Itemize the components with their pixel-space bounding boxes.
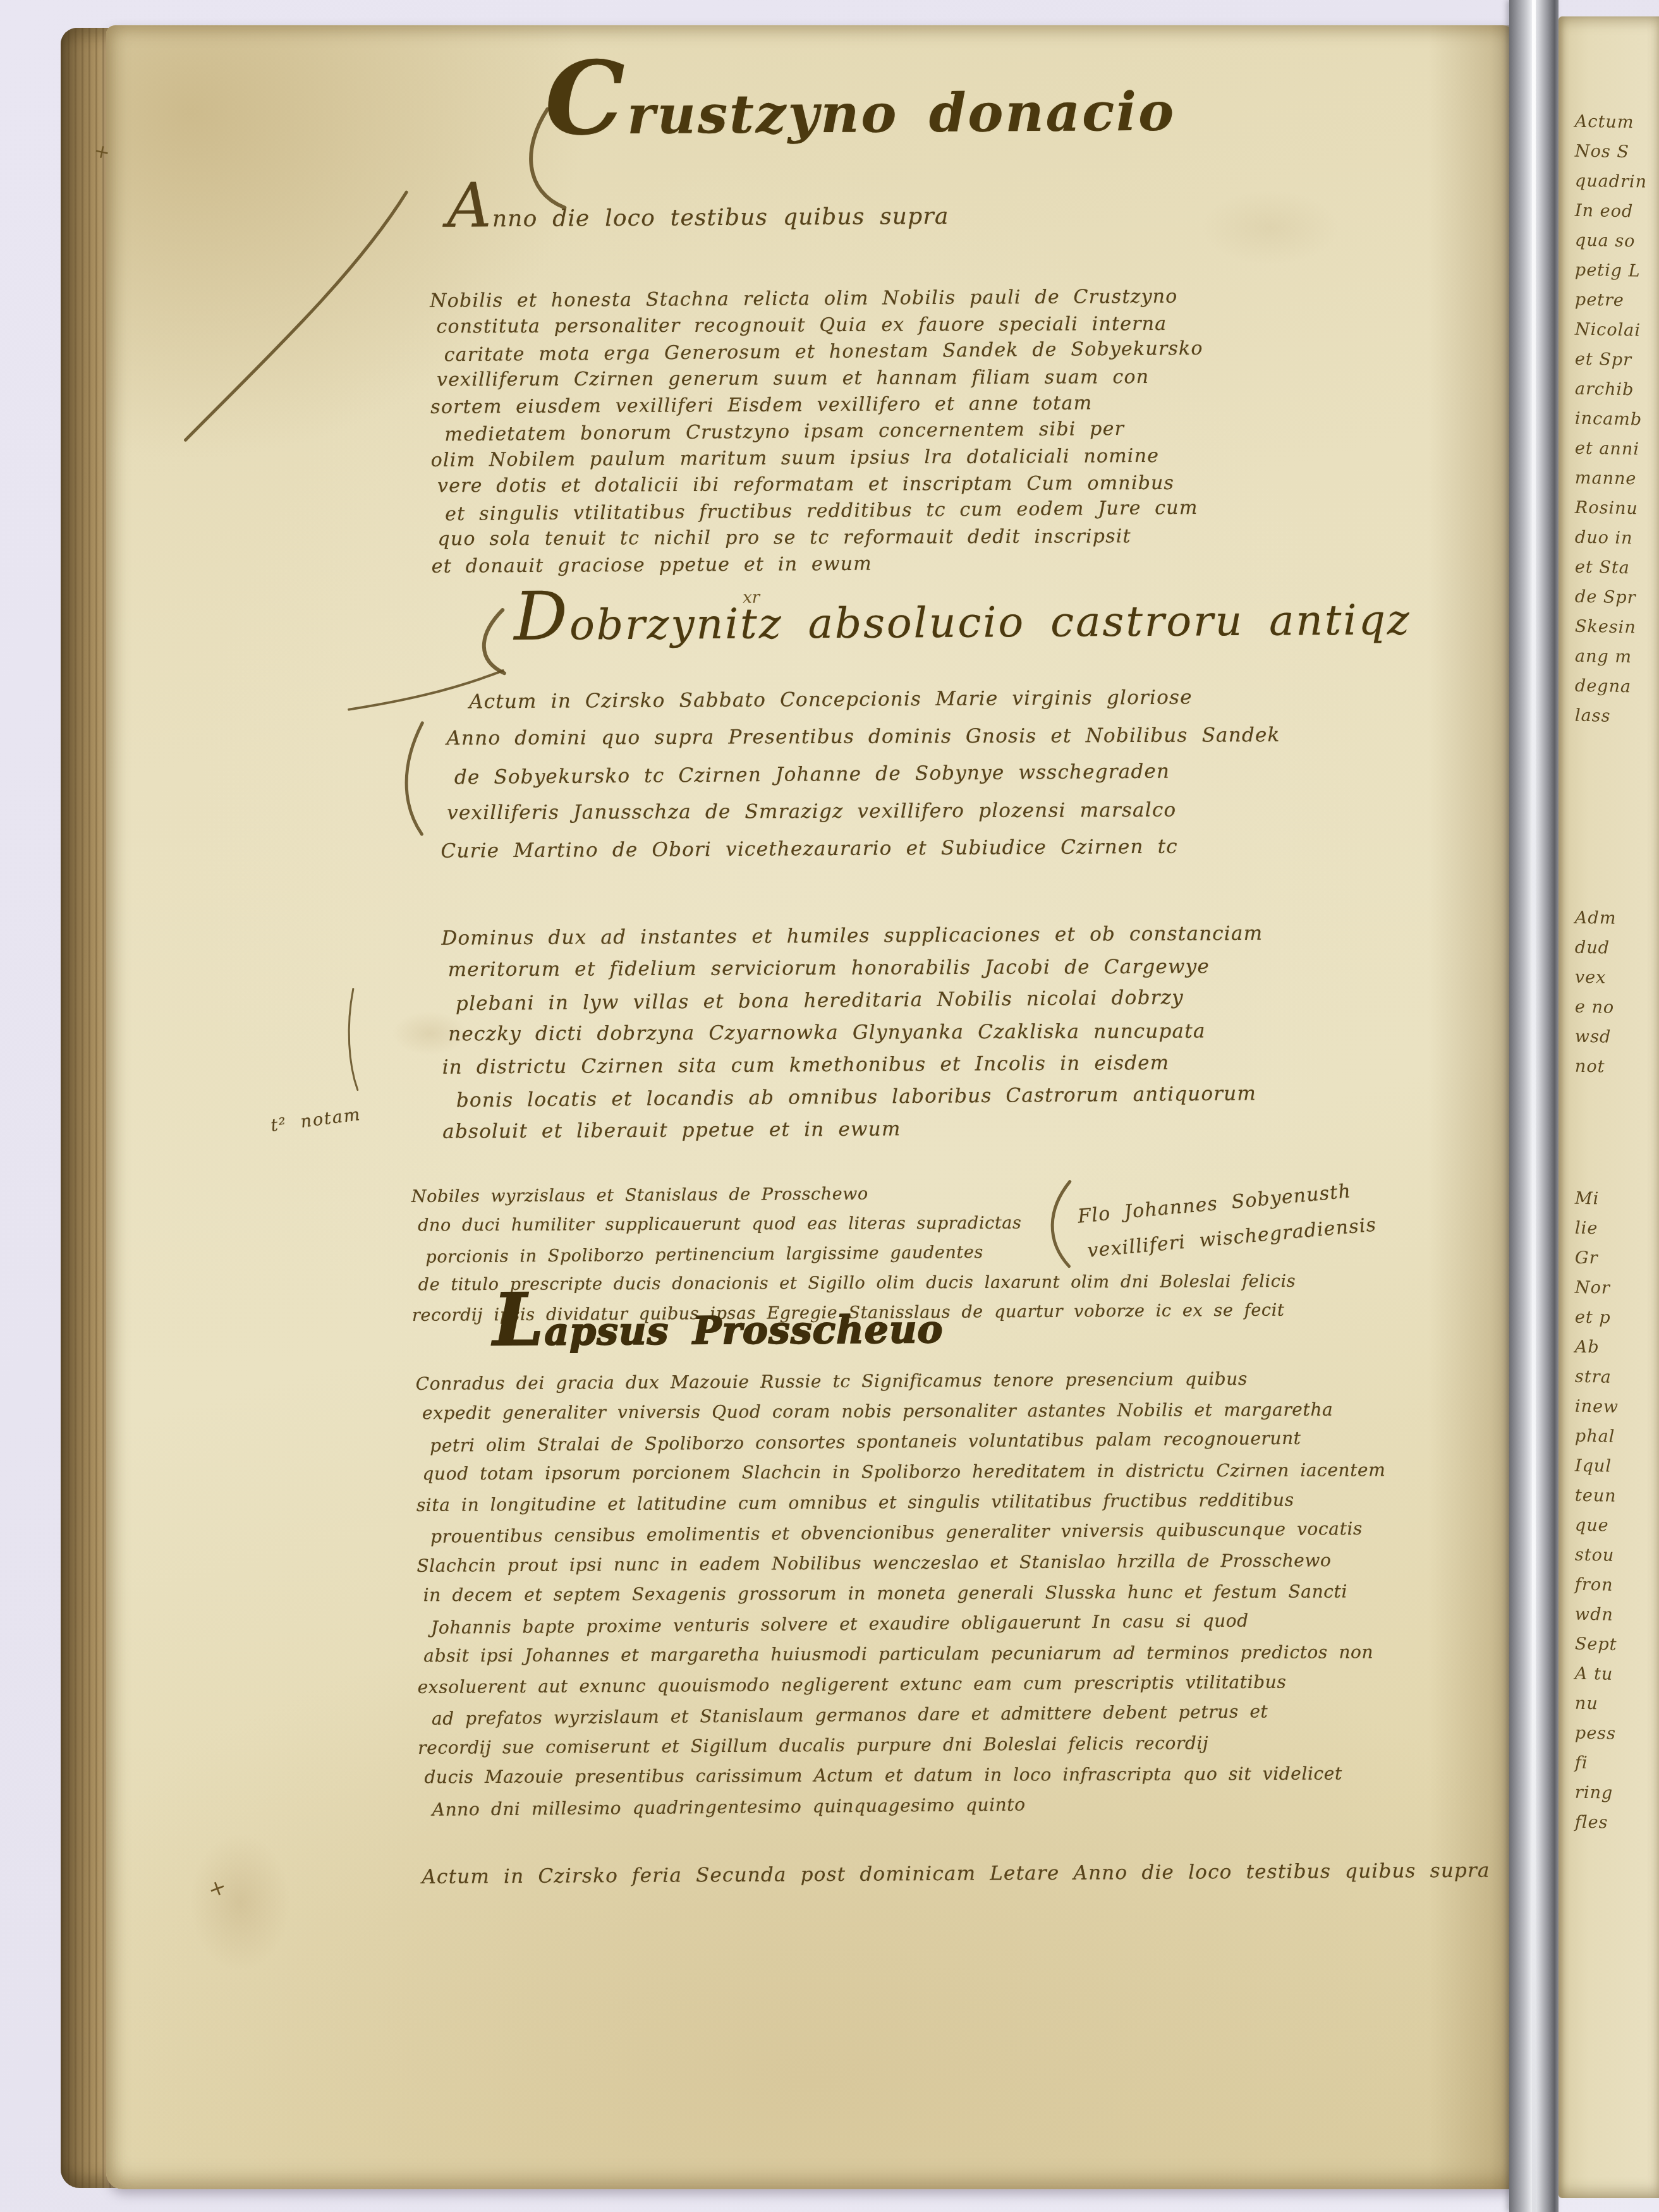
entry1-heading: Crustzyno donacio: [545, 80, 1176, 147]
facing-line: et Sta: [1575, 552, 1659, 584]
facing-line: Nos S: [1575, 137, 1659, 168]
manuscript-line: et donauit graciose ppetue et in ewum: [432, 549, 1191, 580]
facing-page-text: Admdudvexe nowsdnot: [1575, 904, 1659, 1082]
manuscript-line: de titulo prescripte ducis donacionis et…: [418, 1267, 1296, 1300]
facing-line: stou: [1575, 1540, 1659, 1572]
manuscript-line: absoluit et liberauit ppetue et in ewum: [442, 1111, 1264, 1148]
entry1-body: Nobilis et honesta Stachna relicta olim …: [430, 284, 1191, 580]
facing-line: et anni: [1575, 434, 1659, 465]
manuscript-line: plebani in lyw villas et bona hereditari…: [456, 981, 1277, 1020]
manuscript-line: neczky dicti dobrzyna Czyarnowka Glynyan…: [448, 1015, 1270, 1050]
manuscript-line: meritorum et fidelium serviciorum honora…: [448, 951, 1270, 986]
facing-line: pess: [1575, 1718, 1659, 1750]
facing-line: not: [1575, 1052, 1659, 1083]
manuscript-line: Anno domini quo supra Presentibus domini…: [446, 717, 1280, 757]
entry3-heading: Lapsus Prosscheuo: [493, 1308, 944, 1354]
facing-line: dud: [1575, 933, 1659, 964]
manuscript-line: Actum in Czirsko Sabbato Concepcionis Ma…: [469, 679, 1273, 721]
facing-line: phal: [1575, 1421, 1659, 1453]
facing-line: petre: [1575, 285, 1659, 317]
entry2-body: Dominus dux ad instantes et humiles supp…: [441, 918, 1264, 1148]
entry2-heading: Dobrzynitz absolucio castroru antiqz: [514, 595, 1411, 650]
facing-page-text: ActumNos SquadrinIn eodqua sopetig Lpetr…: [1575, 107, 1659, 731]
facing-line: Ab: [1575, 1332, 1659, 1364]
facing-line: fles: [1575, 1808, 1659, 1839]
facing-line: et p: [1575, 1303, 1659, 1334]
manuscript-line: Nobilis et honesta Stachna relicta olim …: [430, 284, 1189, 315]
facing-line: incamb: [1575, 404, 1659, 435]
facing-line: archib: [1575, 374, 1659, 406]
facing-line: Mi: [1575, 1184, 1659, 1215]
facing-line: In eod: [1575, 196, 1659, 228]
facing-page-text: MilieGrNoret pAbstrainewphalIqulteunques…: [1575, 1184, 1659, 1838]
facing-line: lie: [1575, 1213, 1659, 1245]
facing-line: A tu: [1575, 1659, 1659, 1691]
facing-line: quadrin: [1575, 166, 1659, 198]
facing-line: Rosinu: [1575, 493, 1659, 525]
entry2-witness-list: Actum in Czirsko Sabbato Concepcionis Ma…: [440, 679, 1275, 870]
facing-line: degna: [1575, 671, 1659, 703]
facing-line: fi: [1575, 1748, 1659, 1780]
facing-line: Nicolai: [1575, 315, 1659, 346]
manuscript-line: de Sobyekursko tc Czirnen Johanne de Sob…: [454, 752, 1289, 797]
manuscript-line: vexilliferum Czirnen generum suum et han…: [437, 364, 1196, 394]
facing-line: qua so: [1575, 226, 1659, 257]
press-strip-glint: [1532, 0, 1536, 2212]
facing-line: manne: [1575, 463, 1659, 495]
facing-line: Actum: [1575, 107, 1659, 138]
facing-line: Nor: [1575, 1273, 1659, 1304]
glass-press-strip: [1509, 0, 1559, 2212]
facing-line: lass: [1575, 701, 1659, 732]
facing-line: Skesin: [1575, 612, 1659, 643]
facing-line: wdn: [1575, 1600, 1659, 1631]
manuscript-line: quod totam ipsorum porcionem Slachcin in…: [422, 1455, 1385, 1489]
facing-line: petig L: [1575, 255, 1659, 287]
facing-line: stra: [1575, 1362, 1659, 1394]
manuscript-line: Dominus dux ad instantes et humiles supp…: [441, 918, 1263, 955]
facing-line: ring: [1575, 1778, 1659, 1809]
facing-line: nu: [1575, 1689, 1659, 1720]
entry3-body: Conradus dei gracia dux Mazouie Russie t…: [416, 1363, 1382, 1824]
ink-layer: Crustzyno donacio Anno die loco testibus…: [0, 0, 1659, 2212]
manuscript-line: absit ipsi Johannes et margaretha huiusm…: [423, 1637, 1387, 1671]
facing-line: Gr: [1575, 1243, 1659, 1275]
facing-line: ang m: [1575, 641, 1659, 673]
facing-line: duo in: [1575, 523, 1659, 554]
facing-line: vex: [1575, 963, 1659, 994]
entry1-subheading: Anno die loco testibus quibus supra: [447, 203, 949, 233]
interlinear-mark: xr: [743, 588, 760, 607]
facing-line: inew: [1575, 1392, 1659, 1423]
facing-line: Sept: [1575, 1629, 1659, 1661]
facing-line: e no: [1575, 992, 1659, 1024]
facing-line: teun: [1575, 1481, 1659, 1512]
facing-line: de Spr: [1575, 582, 1659, 614]
facing-line: Iqul: [1575, 1451, 1659, 1483]
manuscript-line: Conradus dei gracia dux Mazouie Russie t…: [416, 1363, 1379, 1399]
manuscript-line: quo sola tenuit tc nichil pro se tc refo…: [437, 523, 1196, 553]
facing-line: que: [1575, 1510, 1659, 1542]
facing-line: wsd: [1575, 1022, 1659, 1054]
facing-line: Adm: [1575, 903, 1659, 935]
facing-page-sliver: ActumNos SquadrinIn eodqua sopetig Lpetr…: [1559, 16, 1659, 2198]
manuscript-line: vexilliferis Janusschza de Smrazigz vexi…: [447, 791, 1280, 832]
facing-line: fron: [1575, 1570, 1659, 1601]
manuscript-line: Curie Martino de Obori vicethezaurario e…: [441, 828, 1274, 870]
facing-line: et Spr: [1575, 344, 1659, 376]
